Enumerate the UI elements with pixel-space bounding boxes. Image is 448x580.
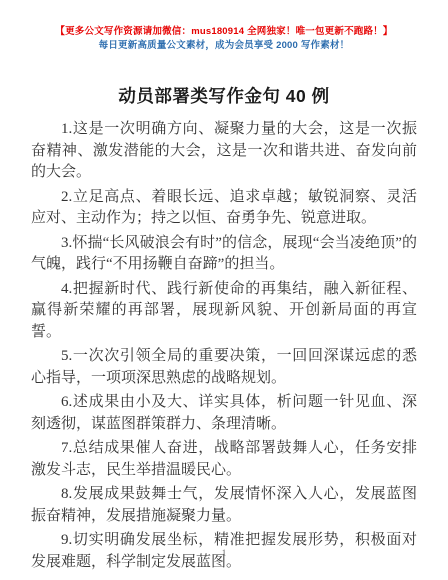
paragraph-2: 2.立足高点、着眼长远、追求卓越；敏锐洞察、灵活应对、主动作为；持之以恒、奋勇争… xyxy=(31,187,417,230)
promo-line-red: 【更多公文写作资源请加微信：mus180914 全网独家！唯一包更新不跑路！】 xyxy=(0,25,448,38)
paragraph-5: 5.一次次引领全局的重要决策，一回回深谋远虑的悉心指导，一项项深思熟虑的战略规划… xyxy=(31,346,417,389)
paragraph-6: 6.述成果由小及大、详实具体，析问题一针见血、深刻透彻，谋蓝图群策群力、条理清晰… xyxy=(31,392,417,435)
promo-header: 【更多公文写作资源请加微信：mus180914 全网独家！唯一包更新不跑路！】 … xyxy=(0,25,448,52)
promo-line-blue: 每日更新高质量公文素材，成为会员享受 2000 写作素材！ xyxy=(0,39,448,52)
paragraph-4: 4.把握新时代、践行新使命的再集结，融入新征程、赢得新荣耀的再部署，展现新风貌、… xyxy=(31,279,417,344)
paragraph-8: 8.发展成果鼓舞士气，发展情怀深入人心，发展蓝图振奋精神，发展措施凝聚力量。 xyxy=(31,484,417,527)
document-body: 1.这是一次明确方向、凝聚力量的大会，这是一次振奋精神、激发潜能的大会，这是一次… xyxy=(31,119,417,573)
page-number: 1 xyxy=(0,548,448,558)
page-title: 动员部署类写作金句 40 例 xyxy=(0,83,448,108)
paragraph-3: 3.怀揣“长风破浪会有时”的信念，展现“会当凌绝顶”的气魄，践行“不用扬鞭自奋蹄… xyxy=(31,233,417,276)
document-page: 【更多公文写作资源请加微信：mus180914 全网独家！唯一包更新不跑路！】 … xyxy=(0,0,448,580)
paragraph-1: 1.这是一次明确方向、凝聚力量的大会，这是一次振奋精神、激发潜能的大会，这是一次… xyxy=(31,119,417,184)
paragraph-7: 7.总结成果催人奋进，战略部署鼓舞人心，任务安排激发斗志，民生举措温暖民心。 xyxy=(31,438,417,481)
